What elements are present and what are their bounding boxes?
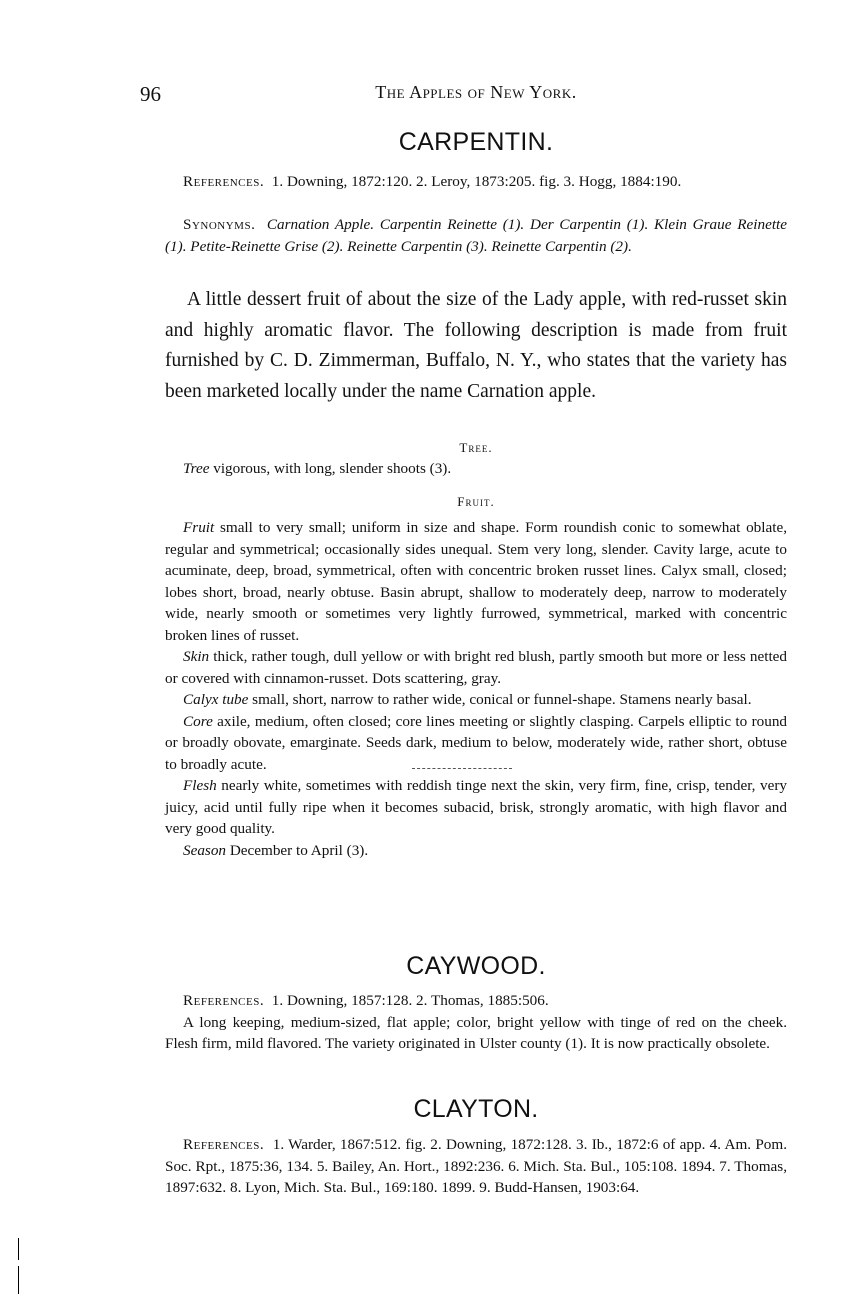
references-text: 1. Downing, 1872:120. 2. Leroy, 1873:205… <box>272 173 681 190</box>
fruit-paragraph: small to very small; uniform in size and… <box>165 519 787 644</box>
carpentin-references: References. 1. Downing, 1872:120. 2. Ler… <box>165 171 787 193</box>
skin-paragraph: thick, rather tough, dull yellow or with… <box>165 648 787 687</box>
references-label: References. <box>183 173 264 190</box>
fruit-heading: Fruit. <box>165 494 787 510</box>
core-paragraph: axile, medium, often closed; core lines … <box>165 713 787 773</box>
fruit-description: Fruit small to very small; uniform in si… <box>165 517 787 861</box>
tree-text: vigorous, with long, slender shoots (3). <box>209 460 451 477</box>
tree-heading: Tree. <box>165 440 787 456</box>
references-label: References. <box>183 1136 264 1153</box>
running-head: 96 The Apples of New York. <box>165 82 787 106</box>
page-number: 96 <box>140 82 161 107</box>
tree-label: Tree <box>183 460 209 477</box>
intro-paragraph: A little dessert fruit of about the size… <box>165 285 787 407</box>
season-paragraph: December to April (3). <box>230 842 368 859</box>
caywood-description: A long keeping, medium-sized, flat apple… <box>165 1012 787 1055</box>
caywood-entry: References. 1. Downing, 1857:128. 2. Tho… <box>165 990 787 1055</box>
variety-title-clayton: CLAYTON. <box>165 1095 787 1124</box>
variety-title-caywood: CAYWOOD. <box>165 952 787 981</box>
carpentin-intro: A little dessert fruit of about the size… <box>165 285 787 407</box>
scan-artifact-line <box>412 768 512 769</box>
calyx-tube-paragraph: small, short, narrow to rather wide, con… <box>252 691 751 708</box>
margin-mark <box>18 1266 19 1294</box>
flesh-paragraph: nearly white, sometimes with reddish tin… <box>165 777 787 837</box>
synonyms-text: Carnation Apple. Carpentin Reinette (1).… <box>165 216 787 255</box>
carpentin-synonyms: Synonyms. Carnation Apple. Carpentin Rei… <box>165 214 787 257</box>
references-text: 1. Downing, 1857:128. 2. Thomas, 1885:50… <box>272 992 549 1009</box>
tree-description: Tree vigorous, with long, slender shoots… <box>165 458 787 480</box>
clayton-entry: References. 1. Warder, 1867:512. fig. 2.… <box>165 1134 787 1199</box>
synonyms-label: Synonyms. <box>183 216 255 233</box>
margin-mark <box>18 1238 19 1260</box>
running-title: The Apples of New York. <box>165 82 787 103</box>
references-label: References. <box>183 992 264 1009</box>
variety-title-carpentin: CARPENTIN. <box>165 128 787 157</box>
